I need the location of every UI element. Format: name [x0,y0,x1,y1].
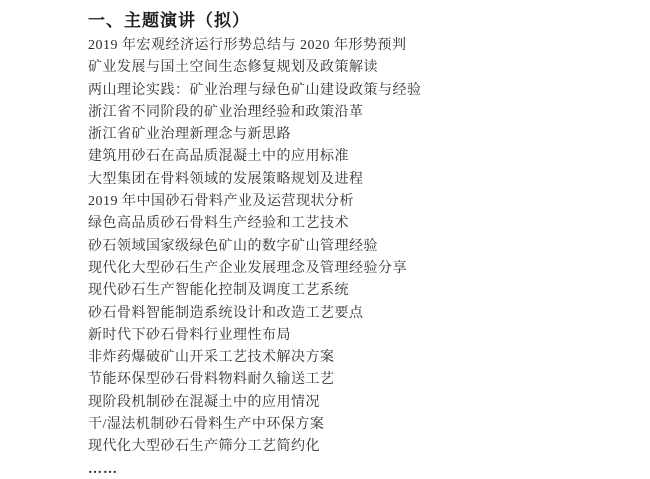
topic-line: 现代砂石生产智能化控制及调度工艺系统 [88,280,630,302]
topic-line: 现阶段机制砂在混凝土中的应用情况 [88,392,630,414]
topic-line: 建筑用砂石在高品质混凝土中的应用标准 [88,146,630,168]
topic-line: 浙江省矿业治理新理念与新思路 [88,124,630,146]
topic-line: 现代化大型砂石生产企业发展理念及管理经验分享 [88,258,630,280]
topic-line: 非炸药爆破矿山开采工艺技术解决方案 [88,347,630,369]
topic-line: 大型集团在骨料领域的发展策略规划及进程 [88,169,630,191]
section-heading: 一、主题演讲（拟） [88,9,630,32]
topic-line: 两山理论实践：矿业治理与绿色矿山建设政策与经验 [88,80,630,102]
topic-line: 2019 年中国砂石骨料产业及运营现状分析 [88,191,630,213]
topic-line: 新时代下砂石骨料行业理性布局 [88,325,630,347]
topic-line: 绿色高品质砂石骨料生产经验和工艺技术 [88,213,630,235]
document-page: 一、主题演讲（拟） 2019 年宏观经济运行形势总结与 2020 年形势预判 矿… [0,0,650,479]
topic-line: 砂石骨料智能制造系统设计和改造工艺要点 [88,303,630,325]
topic-line: 2019 年宏观经济运行形势总结与 2020 年形势预判 [88,35,630,57]
ellipsis-line: …… [88,459,630,479]
topic-line: 现代化大型砂石生产筛分工艺简约化 [88,436,630,458]
topic-line: 干/湿法机制砂石骨料生产中环保方案 [88,414,630,436]
topic-line: 浙江省不同阶段的矿业治理经验和政策沿革 [88,102,630,124]
topic-line: 节能环保型砂石骨料物料耐久输送工艺 [88,369,630,391]
topics-list: 2019 年宏观经济运行形势总结与 2020 年形势预判 矿业发展与国土空间生态… [88,35,630,459]
topic-line: 矿业发展与国土空间生态修复规划及政策解读 [88,57,630,79]
topic-line: 砂石领域国家级绿色矿山的数字矿山管理经验 [88,236,630,258]
